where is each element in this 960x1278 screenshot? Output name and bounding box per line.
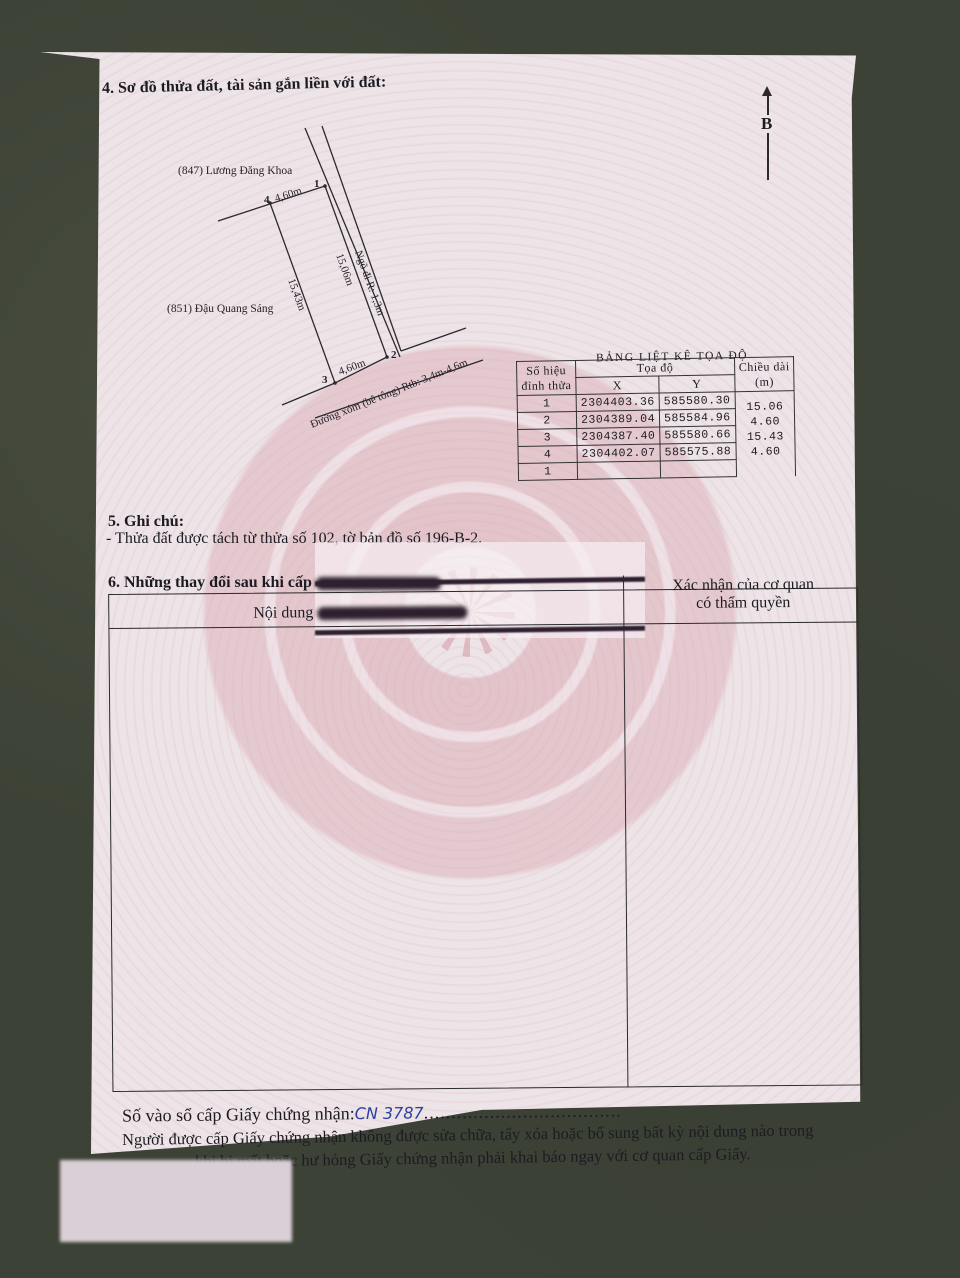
registry-value: CN 3787 <box>355 1103 424 1123</box>
redacted-text <box>317 606 467 620</box>
changes-table: Nội dung Xác nhận của cơ quan có thẩm qu… <box>108 573 862 1092</box>
coord-table: Số hiệuđỉnh thửa Tọa độ Chiều dài(m) X Y… <box>516 356 797 481</box>
header-vertex: Số hiệuđỉnh thửa <box>517 360 577 395</box>
length-column: 15.06 4.60 15.43 4.60 <box>735 391 796 477</box>
north-arrow-head-icon <box>762 86 772 96</box>
section-5-title: 5. Ghi chú: <box>108 513 184 531</box>
north-arrow-icon <box>767 92 769 180</box>
north-label: B <box>760 115 773 133</box>
registry-number: Số vào sổ cấp Giấy chứng nhận:CN 3787...… <box>122 1100 622 1126</box>
header-y: Y <box>659 375 735 393</box>
changes-table-border <box>108 587 862 1092</box>
header-x: X <box>576 376 659 394</box>
header-content: Nội dung <box>253 603 467 623</box>
header-length: Chiều dài(m) <box>734 357 794 392</box>
redacted-region <box>60 1160 292 1242</box>
header-confirmation: Xác nhận của cơ quan có thẩm quyền <box>643 576 843 614</box>
